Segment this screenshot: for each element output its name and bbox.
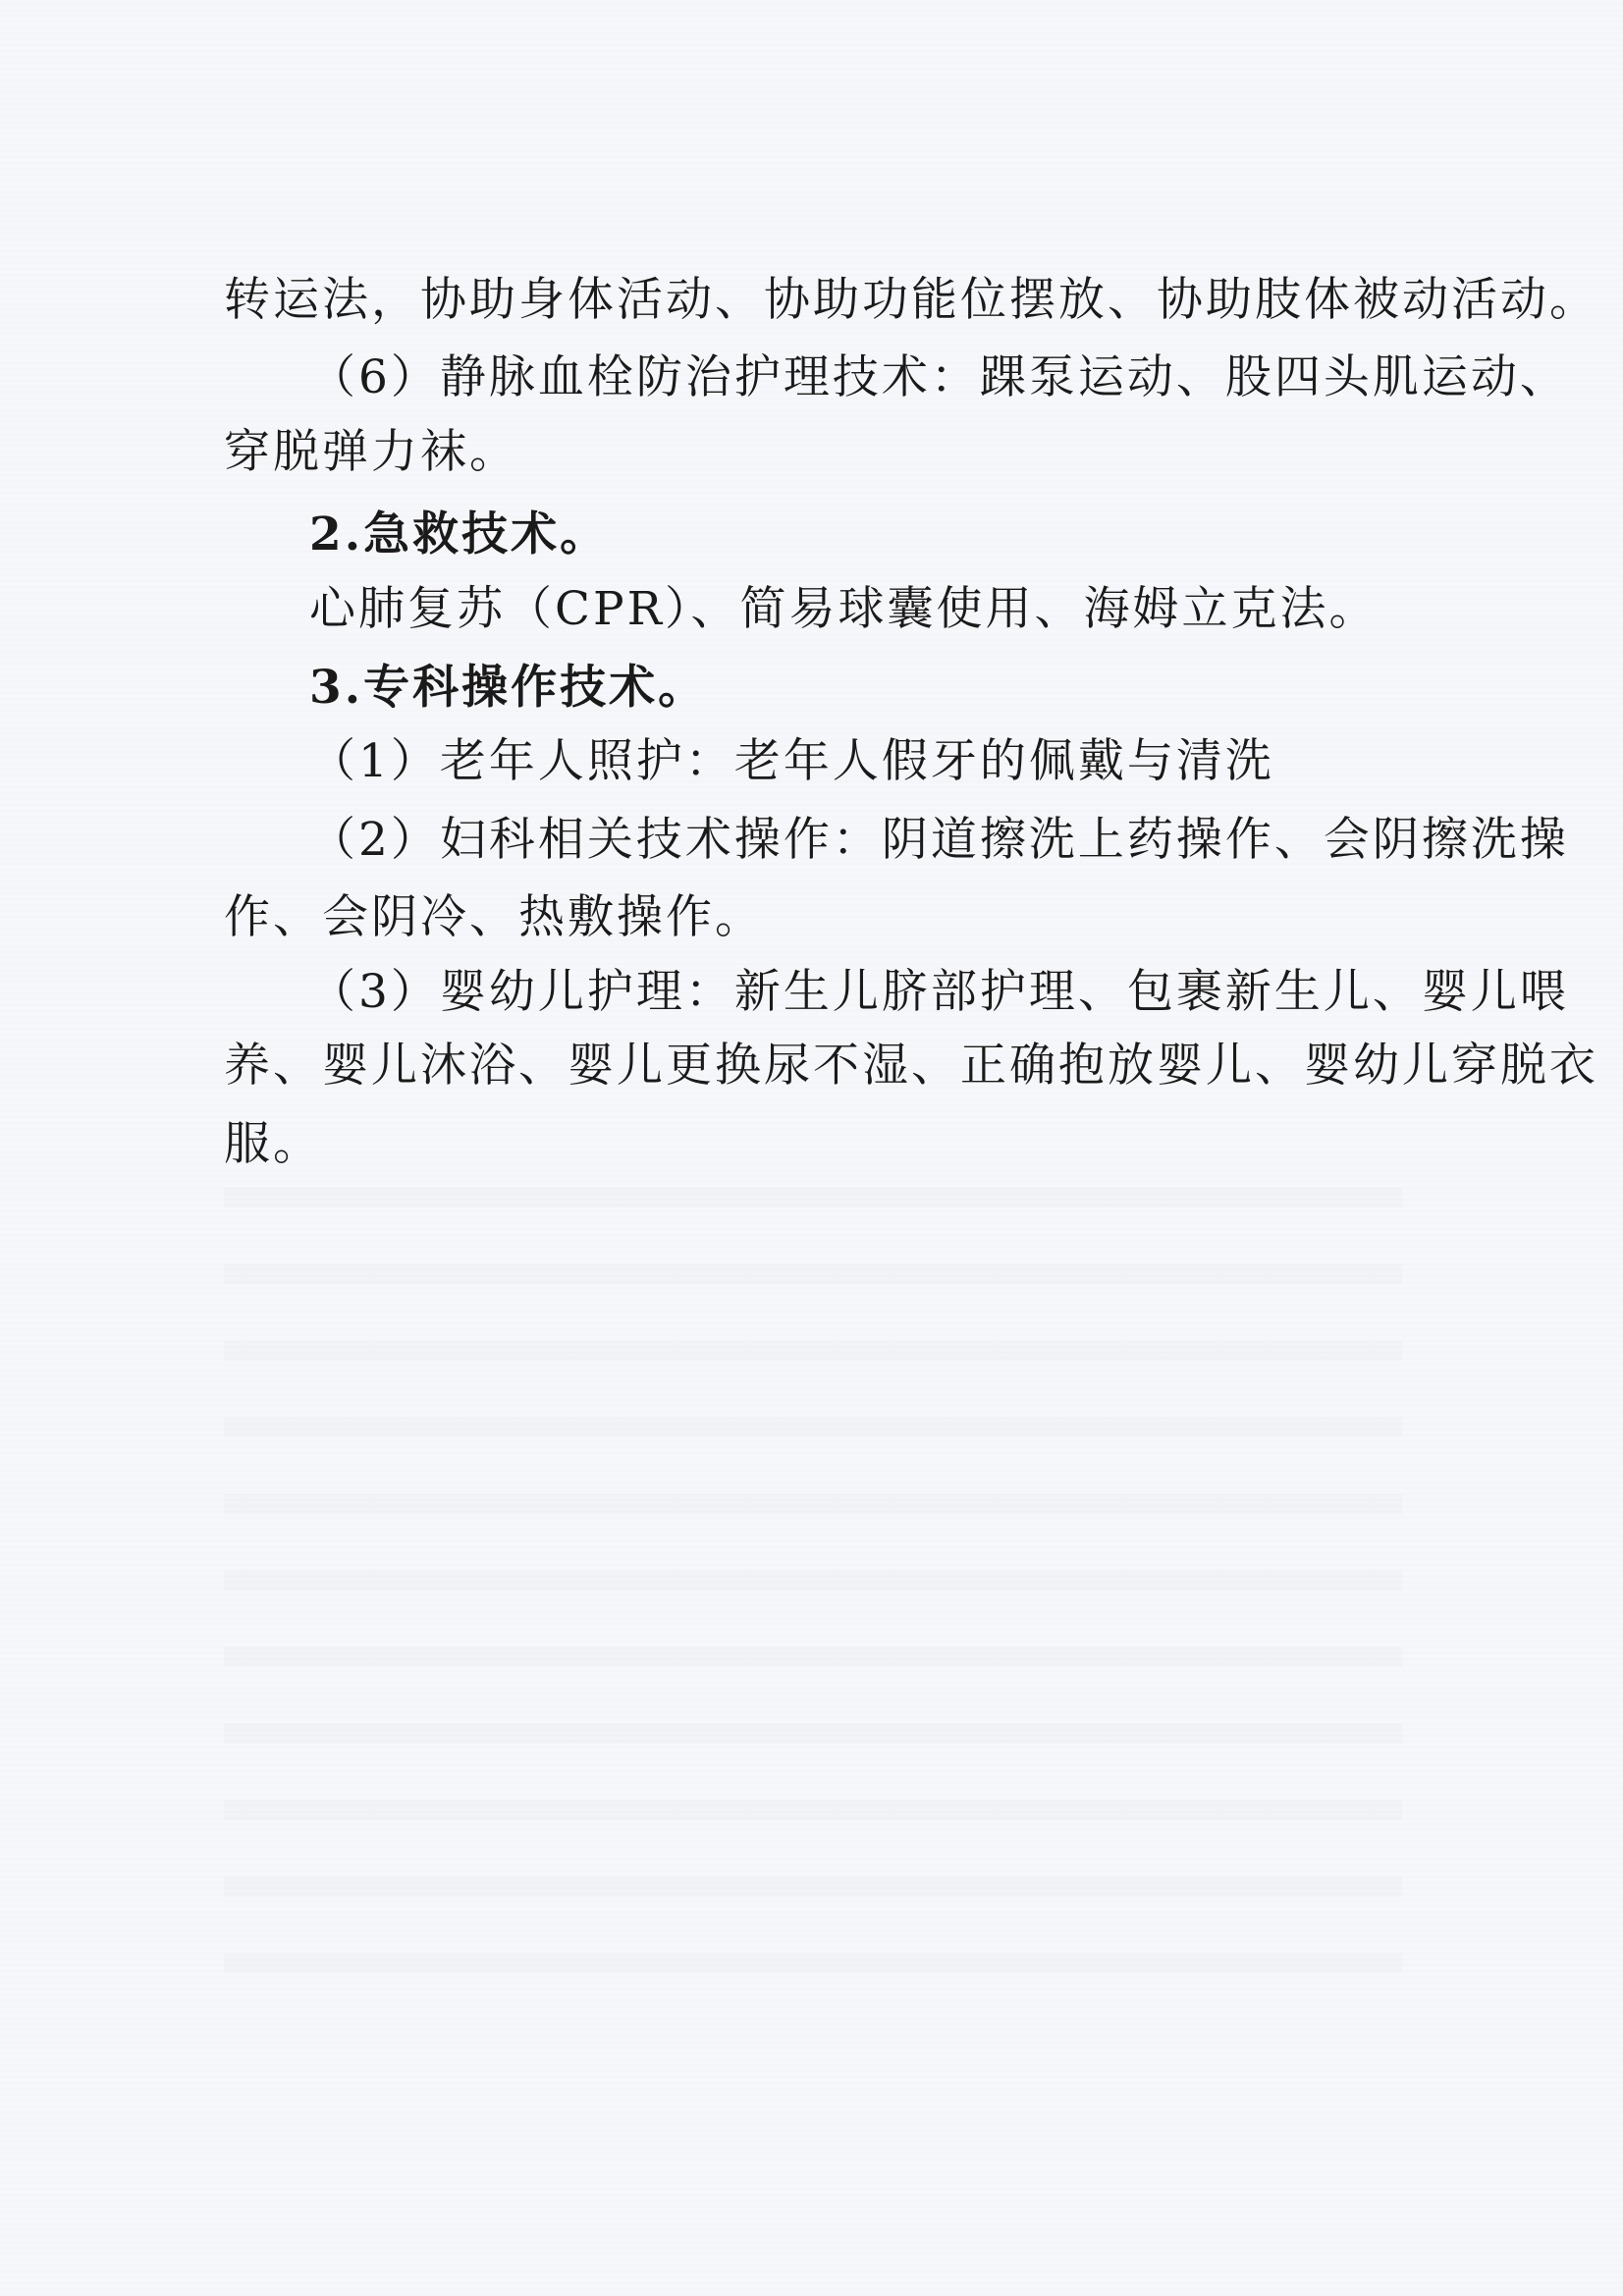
list-item-2-gynecology: （2）妇科相关技术操作：阴道擦洗上药操作、会阴擦洗操	[309, 813, 1569, 868]
list-item-6-continuation: 穿脱弹力袜。	[224, 425, 518, 480]
scanned-page: 转运法，协助身体活动、协助功能位摆放、协助肢体被动活动。 （6）静脉血栓防治护理…	[0, 0, 1623, 2296]
list-item-1-elderly-care: （1）老年人照护：老年人假牙的佩戴与清洗	[309, 734, 1274, 789]
paragraph-line-continuation: 转运法，协助身体活动、协助功能位摆放、协助肢体被动活动。	[224, 273, 1598, 328]
list-item-3-continuation: 养、婴儿沐浴、婴儿更换尿不湿、正确抱放婴儿、婴幼儿穿脱衣	[224, 1039, 1598, 1094]
reverse-side-bleed-through	[224, 1148, 1402, 1993]
list-item-2-continuation: 作、会阴冷、热敷操作。	[224, 890, 764, 945]
list-item-3-continuation-end: 服。	[224, 1117, 322, 1172]
section-heading-specialty-ops: 3.专科操作技术。	[309, 661, 707, 716]
list-item-6-vein-thrombosis: （6）静脉血栓防治护理技术：踝泵运动、股四头肌运动、	[309, 350, 1569, 405]
first-aid-content: 心肺复苏（CPR）、简易球囊使用、海姆立克法。	[309, 582, 1378, 637]
section-heading-first-aid: 2.急救技术。	[309, 507, 609, 562]
list-item-3-infant-care: （3）婴幼儿护理：新生儿脐部护理、包裹新生儿、婴儿喂	[309, 965, 1569, 1020]
